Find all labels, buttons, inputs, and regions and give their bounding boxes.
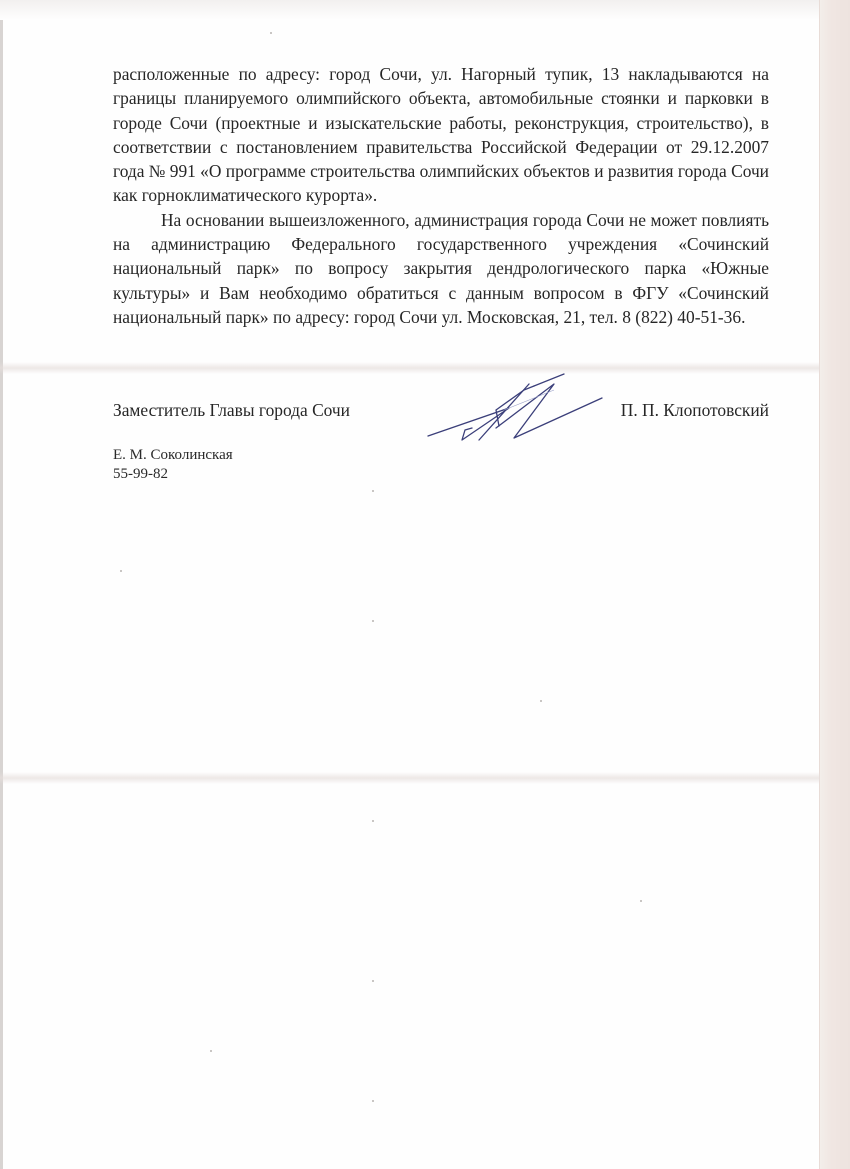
executor-name: Е. М. Соколинская (113, 446, 233, 465)
executor-info: Е. М. Соколинская 55-99-82 (113, 446, 233, 484)
scan-speck (372, 620, 374, 622)
paragraph-continuation: расположенные по адресу: город Сочи, ул.… (113, 62, 769, 208)
scan-left-edge (0, 0, 3, 1169)
paragraph-conclusion: На основании вышеизложенного, администра… (113, 208, 769, 329)
scanned-letter-page: расположенные по адресу: город Сочи, ул.… (0, 0, 850, 1169)
scan-speck (120, 570, 122, 572)
scan-top-shade (0, 0, 820, 20)
signer-name: П. П. Клопотовский (621, 398, 769, 422)
scan-right-edge (819, 0, 850, 1169)
scan-speck (372, 1100, 374, 1102)
scan-speck (540, 700, 542, 702)
paper-fold-line (0, 362, 820, 374)
paper-fold-line (0, 772, 820, 784)
scan-speck (372, 820, 374, 822)
scan-speck (210, 1050, 212, 1052)
letter-body: расположенные по адресу: город Сочи, ул.… (113, 62, 769, 329)
handwritten-signature-icon (424, 368, 604, 448)
scan-speck (270, 32, 272, 34)
executor-phone: 55-99-82 (113, 465, 233, 484)
scan-speck (640, 900, 642, 902)
signer-position: Заместитель Главы города Сочи (113, 398, 350, 422)
scan-speck (372, 980, 374, 982)
scan-speck (372, 490, 374, 492)
